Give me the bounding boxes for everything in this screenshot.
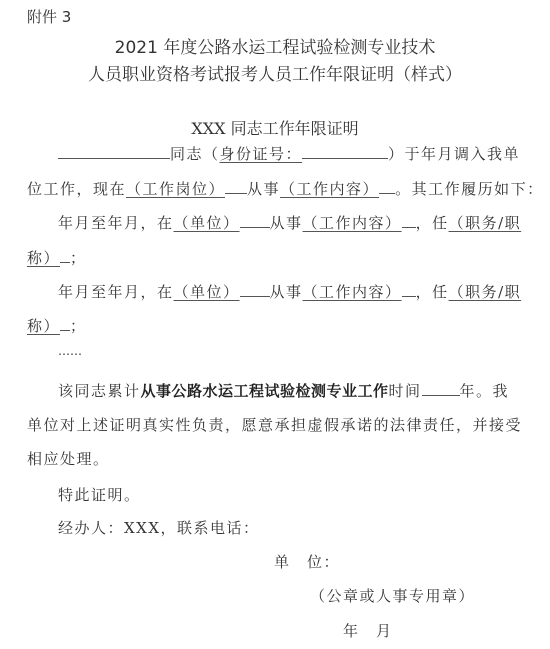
engaged-text: 从事 [270, 214, 303, 232]
attachment-label: 附件 3 [27, 6, 71, 27]
engaged-text: 从事 [270, 283, 303, 301]
unit-blank [240, 213, 270, 228]
title-field-cont[interactable]: 称） [27, 317, 60, 335]
transfer-text: ）于年月调入我单 [388, 145, 520, 163]
years-blank[interactable] [422, 381, 460, 396]
semicolon: ； [70, 317, 87, 335]
title-blank [60, 316, 70, 331]
work-content-field[interactable]: （工作内容） [303, 283, 402, 301]
appointed-text: ，任 [416, 214, 449, 232]
history-entry-1-line-2: 称）； [27, 247, 87, 268]
name-blank[interactable] [58, 144, 170, 159]
certificate-subtitle: XXX 同志工作年限证明 [0, 116, 550, 139]
history-intro-text: 。其工作履历如下： [395, 180, 544, 198]
document-title-line-1: 2021 年度公路水运工程试验检测专业技术 [0, 33, 550, 58]
work-content-field[interactable]: （工作内容） [280, 180, 379, 198]
unit-field[interactable]: （单位） [174, 214, 240, 232]
summary-lead: 该同志累计 [58, 382, 141, 400]
signature-seal: （公章或人事专用章） [310, 585, 475, 606]
position-blank [225, 179, 247, 194]
intro-line-1: 同志（身份证号：）于年月调入我单 [58, 143, 520, 164]
years-tail: 年。我 [460, 382, 510, 400]
summary-line-1: 该同志累计从事公路水运工程试验检测专业工作时间年。我 [58, 380, 509, 401]
signature-date: 年 月 [343, 620, 393, 641]
history-entry-2-line-1: 年月至年月，在（单位）从事（工作内容），任（职务/职 [58, 281, 521, 302]
title-field[interactable]: （职务/职 [449, 283, 522, 301]
summary-line-2: 单位对上述证明真实性负责，愿意承担虚假承诺的法律责任，并接受 [27, 414, 522, 435]
signature-unit: 单 位： [274, 551, 340, 572]
title-field[interactable]: （职务/职 [449, 214, 522, 232]
id-number-blank[interactable] [302, 144, 388, 159]
engaged-text: 从事 [247, 180, 280, 198]
unit-field[interactable]: （单位） [174, 283, 240, 301]
history-entry-1-line-1: 年月至年月，在（单位）从事（工作内容），任（职务/职 [58, 212, 521, 233]
hereby-certify: 特此证明。 [58, 484, 141, 505]
comrade-text: 同志（ [170, 145, 220, 163]
title-blank [60, 248, 70, 263]
content-blank [402, 282, 416, 297]
semicolon: ； [70, 249, 87, 267]
ellipsis: …… [58, 344, 82, 358]
period-text: 年月至年月，在 [58, 283, 174, 301]
contact-line: 经办人：XXX，联系电话： [58, 517, 260, 538]
time-text: 时间 [389, 382, 422, 400]
summary-line-3: 相应处理。 [27, 448, 110, 469]
content-blank [402, 213, 416, 228]
appointed-text: ，任 [416, 283, 449, 301]
unit-blank [240, 282, 270, 297]
id-number-label: 身份证号： [220, 145, 303, 163]
summary-bold-text: 从事公路水运工程试验检测专业工作 [141, 382, 389, 400]
title-field-cont[interactable]: 称） [27, 249, 60, 267]
intro-line-2: 位工作，现在（工作岗位）从事（工作内容）。其工作履历如下： [27, 178, 544, 199]
history-entry-2-line-2: 称）； [27, 315, 87, 336]
period-text: 年月至年月，在 [58, 214, 174, 232]
work-content-field[interactable]: （工作内容） [303, 214, 402, 232]
position-field[interactable]: （工作岗位） [126, 180, 225, 198]
content-blank [379, 179, 395, 194]
document-title-line-2: 人员职业资格考试报考人员工作年限证明（样式） [0, 60, 550, 85]
current-work-lead: 位工作，现在 [27, 180, 126, 198]
